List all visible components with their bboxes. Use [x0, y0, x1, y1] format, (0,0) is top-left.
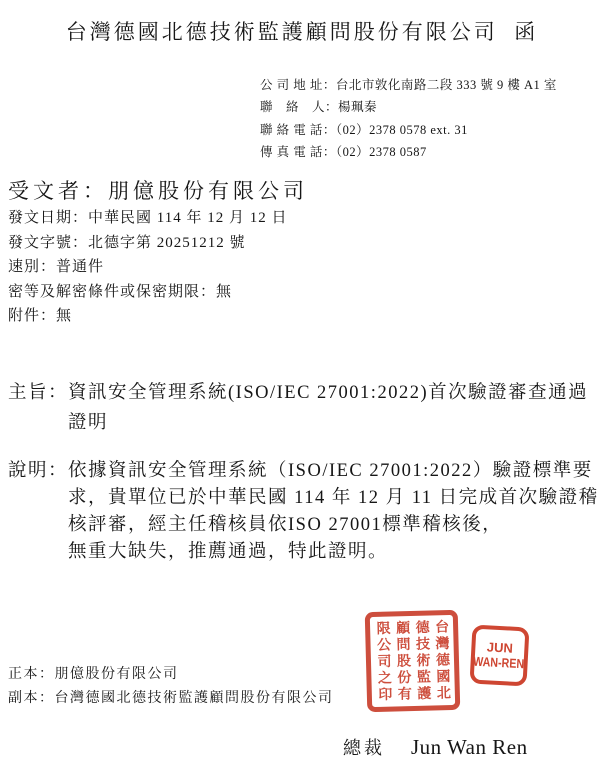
signature-line: 總裁 Jun Wan Ren: [343, 734, 528, 760]
description-line-2: 求，貴單位已於中華民國 114 年 12 月 11 日完成首次驗證稽: [68, 485, 599, 512]
subject-label: 主旨：: [8, 378, 68, 408]
distribution-block: 正本：朋億股份有限公司 副本：台灣德國北德技術監護顧問股份有限公司: [8, 663, 334, 711]
info-line-contact-person: 聯 絡 人：楊珮秦: [260, 96, 557, 118]
description-label: 說明：: [8, 458, 68, 485]
official-letter-page: 台灣德國北德技術監護顧問股份有限公司 函 公 司 地 址：台北市敦化南路二段 3…: [0, 0, 604, 777]
description-line-3: 核評審，經主任稽核員依ISO 27001標準稽核後，: [68, 512, 599, 539]
info-line-address: 公 司 地 址：台北市敦化南路二段 333 號 9 樓 A1 室: [260, 74, 557, 96]
recipient-line: 受文者：朋億股份有限公司: [8, 175, 308, 205]
company-info-block: 公 司 地 址：台北市敦化南路二段 333 號 9 樓 A1 室 聯 絡 人：楊…: [260, 74, 557, 164]
subject-line-2: 證明: [68, 408, 588, 438]
meta-line-speed: 速別：普通件: [8, 255, 287, 280]
meta-line-confidentiality: 密等及解密條件或保密期限：無: [8, 280, 287, 305]
info-line-phone: 聯 絡 電 話：（02）2378 0578 ext. 31: [260, 119, 557, 141]
description-line-1: 依據資訊安全管理系統（ISO/IEC 27001:2022）驗證標準要: [68, 458, 599, 485]
document-title: 台灣德國北德技術監護顧問股份有限公司 函: [0, 16, 604, 46]
subject-section: 主旨： 資訊安全管理系統(ISO/IEC 27001:2022)首次驗證審查通過…: [8, 378, 588, 438]
name-seal-line-1: JUN: [487, 640, 514, 655]
description-line-4: 無重大缺失，推薦通過，特此證明。: [68, 539, 599, 566]
name-seal-stamp: JUN WAN-REN: [469, 625, 529, 687]
company-seal-text: 台灣德國北德技術監護顧問股份有限公司之印: [373, 617, 452, 705]
description-content: 依據資訊安全管理系統（ISO/IEC 27001:2022）驗證標準要 求，貴單…: [68, 458, 599, 566]
description-section: 說明： 依據資訊安全管理系統（ISO/IEC 27001:2022）驗證標準要 …: [8, 458, 599, 566]
info-line-fax: 傳 真 電 話：（02）2378 0587: [260, 141, 557, 163]
meta-line-attachment: 附件：無: [8, 304, 287, 329]
signature-name: Jun Wan Ren: [411, 735, 528, 760]
footer-copy-line: 副本：台灣德國北德技術監護顧問股份有限公司: [8, 687, 334, 711]
subject-content: 資訊安全管理系統(ISO/IEC 27001:2022)首次驗證審查通過 證明: [68, 378, 588, 438]
signature-title: 總裁: [343, 734, 385, 760]
footer-original-line: 正本：朋億股份有限公司: [8, 663, 334, 687]
name-seal-line-2: WAN-REN: [473, 655, 525, 672]
meta-line-issue-date: 發文日期：中華民國 114 年 12 月 12 日: [8, 206, 287, 231]
company-seal-stamp: 台灣德國北德技術監護顧問股份有限公司之印: [365, 610, 461, 712]
meta-line-ref-number: 發文字號：北德字第 20251212 號: [8, 231, 287, 256]
subject-line-1: 資訊安全管理系統(ISO/IEC 27001:2022)首次驗證審查通過: [68, 378, 588, 408]
meta-block: 發文日期：中華民國 114 年 12 月 12 日 發文字號：北德字第 2025…: [8, 206, 287, 329]
